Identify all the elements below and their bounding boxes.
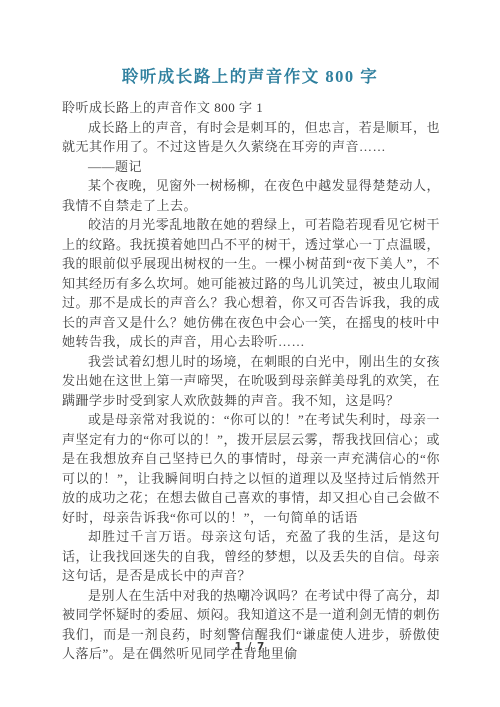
document-subtitle: 聆听成长路上的声音作文 800 字 1 [62,98,440,118]
body-paragraph: 我尝试着幻想儿时的场境，在刺眼的白光中，刚出生的女孩发出她在这世上第一声啼哭，在… [62,352,440,411]
body-paragraph: 或是母亲常对我说的：“你可以的！”在考试失利时，母亲一声坚定有力的“你可以的！”… [62,410,440,527]
epigraph-line: ——题记 [62,157,440,177]
document-body: 聆听成长路上的声音作文 800 字 1 成长路上的声音，有时会是刺耳的，但忠言，… [62,98,440,664]
body-paragraph: 皎洁的月光零乱地散在她的碧绿上，可若隐若现看见它树干上的纹路。我抚摸着她凹凸不平… [62,215,440,352]
document-title: 聆听成长路上的声音作文 800 字 [0,0,500,88]
body-paragraph: 某个夜晚，见窗外一树杨柳，在夜色中越发显得楚楚动人，我情不自禁走了上去。 [62,176,440,215]
body-paragraph: 却胜过千言万语。母亲这句话，充盈了我的生活，是这句话，让我找回迷失的自我，曾经的… [62,527,440,586]
document-page: 聆听成长路上的声音作文 800 字 聆听成长路上的声音作文 800 字 1 成长… [0,0,500,707]
page-number: 1 / 7 [0,641,500,653]
body-paragraph: 成长路上的声音，有时会是刺耳的，但忠言，若是顺耳，也就无其作用了。不过这皆是久久… [62,118,440,157]
